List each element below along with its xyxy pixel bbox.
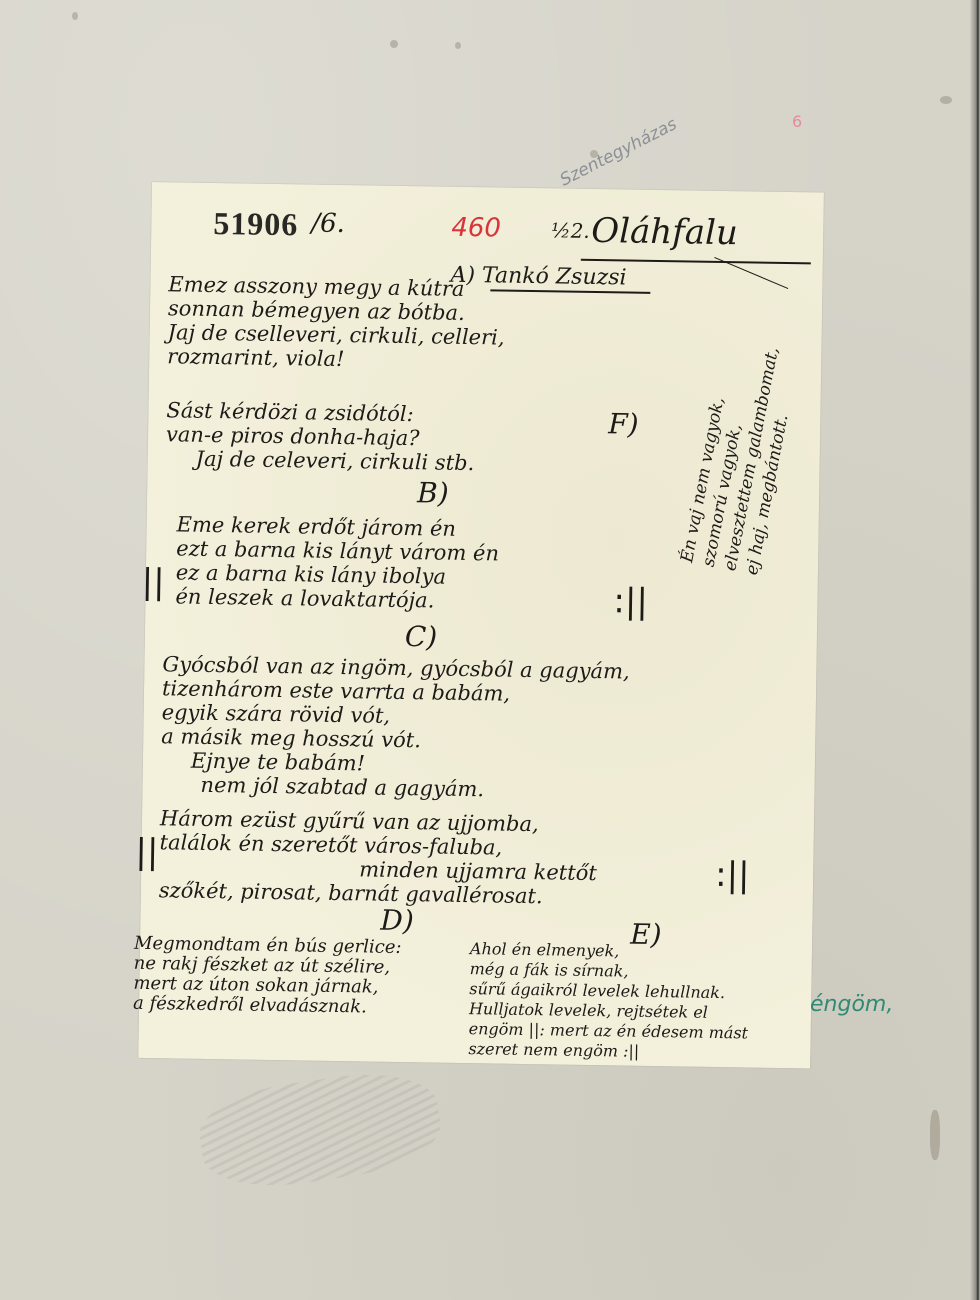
song-b-verse: Eme kerek erdőt járom én ezt a barna kis… <box>175 512 499 613</box>
repeat-sign-open: || <box>135 832 159 872</box>
manuscript-sheet: 51906 /6. 460 Szentegyházas ½2. Oláhfalu… <box>138 182 824 1068</box>
section-label-c: C) <box>405 620 438 654</box>
pencil-smudge <box>194 1064 446 1196</box>
song-a-verse-2: Sást kérdözi a zsidótól: van-e piros don… <box>165 398 475 475</box>
title-underline <box>581 259 811 265</box>
song-d-verse: Megmondtam én bús gerlice: ne rakj fészk… <box>133 934 402 1018</box>
stain <box>390 40 398 48</box>
song-e-verse: Ahol én elmenyek, még a fák is sírnak, s… <box>468 939 749 1063</box>
place-title: Oláhfalu <box>591 211 738 253</box>
section-divider-stroke <box>703 257 789 317</box>
repeat-sign-close: :|| <box>715 855 750 896</box>
section-label-f: F) <box>608 407 639 440</box>
repeat-sign-close: :|| <box>613 581 648 622</box>
archive-stamp-number: 51906 <box>213 205 299 243</box>
verse-line: a fészkedről elvadásznak. <box>133 994 401 1018</box>
section-label-b: B) <box>417 476 449 509</box>
pink-mark: 6 <box>792 112 802 131</box>
archive-stamp-suffix: /6. <box>311 209 345 240</box>
section-label-d: D) <box>380 904 414 938</box>
stain <box>455 42 461 49</box>
stain <box>72 12 78 20</box>
pencil-place-note: Szentegyházas <box>557 114 680 190</box>
song-c-verse: Gyócsból van az ingöm, gyócsból a gagyám… <box>160 652 629 803</box>
song-f-vertical-verse: Én vaj nem vagyok, szomorú vagyok, elves… <box>676 337 805 577</box>
repeat-sign-open: || <box>141 562 165 602</box>
stain <box>930 1110 940 1160</box>
green-ink-correction: éngöm, <box>810 992 893 1017</box>
song-c-verse-2: Három ezüst gyűrű van az ujjomba, találo… <box>159 806 598 909</box>
verse-line: én leszek a lovaktartója. <box>175 584 498 613</box>
stain <box>940 96 952 104</box>
board-edge <box>970 0 980 1300</box>
fraction-mark: ½2. <box>551 218 590 243</box>
red-catalog-number: 460 <box>451 213 501 244</box>
song-a-verse-1: Emez asszony megy a kútra sonnan bémegye… <box>167 272 505 373</box>
verse-line: Jaj de celeveri, cirkuli stb. <box>165 446 474 475</box>
